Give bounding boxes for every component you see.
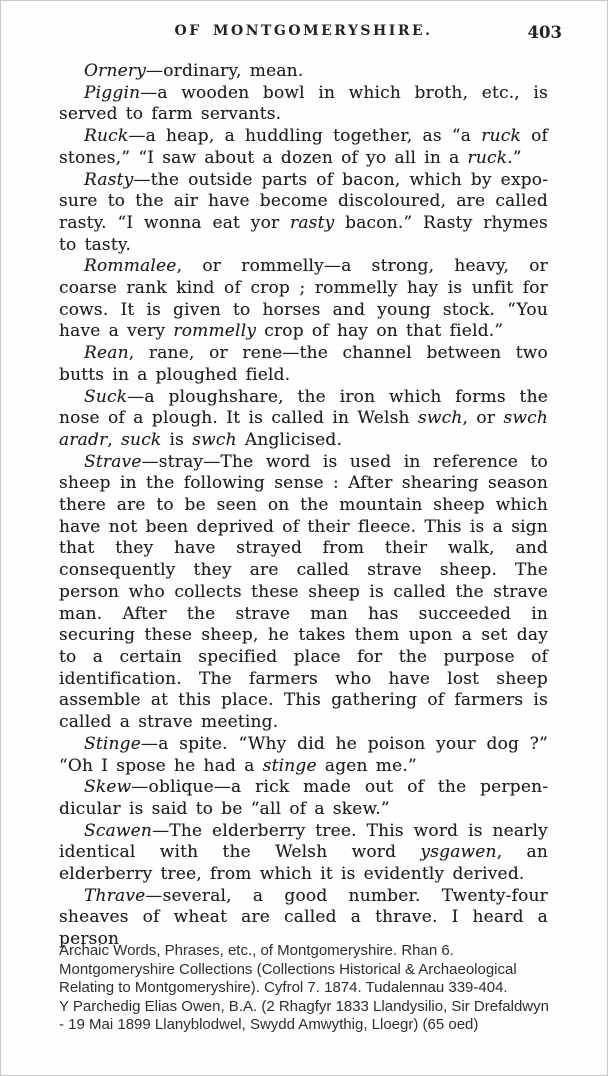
running-head: OF MONTGOMERYSHIRE. — [59, 23, 548, 39]
entry-text: , rane, or rene—the channel between two … — [59, 343, 548, 385]
entry-text: —stray—The word is used in reference to … — [59, 452, 548, 732]
glossary-body: Ornery—ordinary, mean.Piggin—a wooden bo… — [59, 61, 548, 951]
italic-term: suck — [121, 430, 161, 450]
glossary-entry: Ornery—ordinary, mean. — [59, 61, 548, 83]
entry-text: agen me.” — [317, 756, 417, 776]
italic-term: ruck — [481, 126, 521, 146]
page-header: OF MONTGOMERYSHIRE. 403 — [59, 23, 548, 45]
glossary-entry: Suck—a ploughshare, the iron which forms… — [59, 387, 548, 452]
glossary-entry: Ruck—a heap, a huddling together, as “a … — [59, 126, 548, 169]
italic-term: rasty — [290, 213, 334, 233]
entry-headword: Rasty — [84, 170, 134, 190]
entry-text: —oblique—a rick made out of the perpen­d… — [59, 777, 548, 819]
entry-text: , — [107, 430, 121, 450]
entry-headword: Suck — [84, 387, 127, 407]
caption-line: Y Parchedig Elias Owen, B.A. (2 Rhagfyr … — [59, 998, 579, 1017]
glossary-entry: Rean, rane, or rene—the channel between … — [59, 343, 548, 386]
scanned-book-page: OF MONTGOMERYSHIRE. 403 Ornery—ordinary,… — [0, 0, 608, 1076]
glossary-entry: Rommalee, or rommelly—a strong, heavy, o… — [59, 256, 548, 343]
italic-term: rommelly — [173, 321, 256, 341]
entry-headword: Rommalee — [84, 256, 177, 276]
bibliographic-caption: Archaic Words, Phrases, etc., of Montgom… — [59, 942, 579, 1035]
italic-term: ruck — [468, 148, 508, 168]
caption-line: - 19 Mai 1899 Llanyblodwel, Swydd Amwyth… — [59, 1016, 579, 1035]
caption-line: Montgomeryshire Collections (Collections… — [59, 961, 579, 980]
italic-term: stinge — [263, 756, 317, 776]
caption-line: Archaic Words, Phrases, etc., of Montgom… — [59, 942, 579, 961]
glossary-entry: Scawen—The elderberry tree. This word is… — [59, 821, 548, 886]
entry-headword: Strave — [84, 452, 142, 472]
entry-text: crop of hay on that field.” — [256, 321, 503, 341]
entry-headword: Thrave — [84, 886, 145, 906]
page-number: 403 — [528, 23, 562, 42]
glossary-entry: Strave—stray—The word is used in referen… — [59, 452, 548, 734]
glossary-entry: Piggin—a wooden bowl in which broth, etc… — [59, 83, 548, 126]
entry-text: —a heap, a huddling together, as “a — [128, 126, 481, 146]
entry-text: .” — [507, 148, 522, 168]
entry-headword: Ruck — [84, 126, 128, 146]
entry-headword: Ornery — [84, 61, 146, 81]
entry-text: —ordinary, mean. — [146, 61, 303, 81]
caption-line: Relating to Montgomeryshire). Cyfrol 7. … — [59, 979, 579, 998]
entry-headword: Skew — [84, 777, 131, 797]
italic-term: swch — [418, 408, 463, 428]
glossary-entry: Rasty—the outside parts of bacon, which … — [59, 170, 548, 257]
entry-headword: Rean — [84, 343, 129, 363]
entry-headword: Stinge — [84, 734, 141, 754]
italic-term: swch — [192, 430, 237, 450]
entry-headword: Scawen — [84, 821, 152, 841]
glossary-entry: Stinge—a spite. “Why did he poison your … — [59, 734, 548, 777]
glossary-entry: Skew—oblique—a rick made out of the perp… — [59, 777, 548, 820]
entry-text: Anglicised. — [237, 430, 342, 450]
entry-text: , or — [463, 408, 504, 428]
italic-term: ysgawen — [420, 842, 496, 862]
entry-headword: Piggin — [84, 83, 140, 103]
entry-text: is — [161, 430, 192, 450]
